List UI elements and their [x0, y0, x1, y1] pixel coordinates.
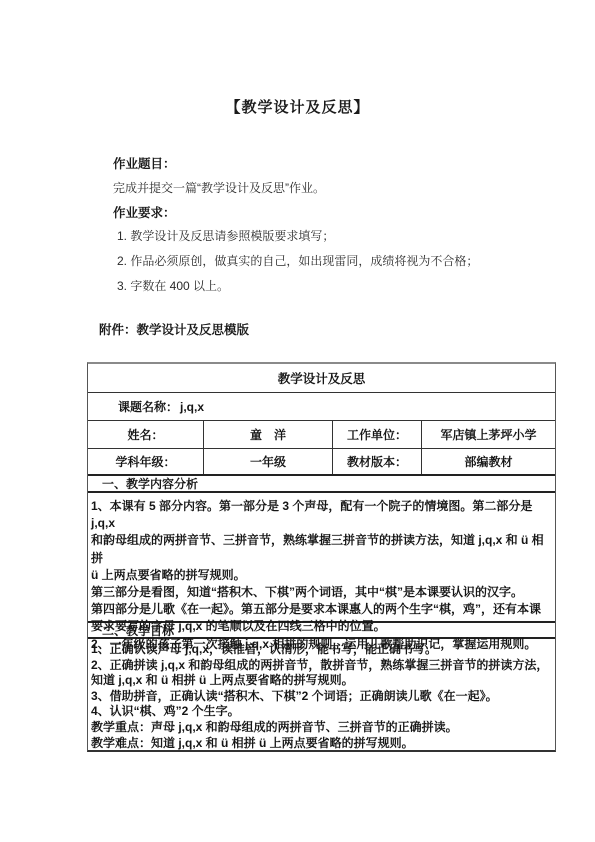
course-name-row: 课题名称：j,q,x — [88, 393, 555, 421]
course-name-label: 课题名称： — [118, 398, 178, 415]
name-value: 童 洋 — [203, 421, 332, 448]
textbook-value: 部编教材 — [421, 449, 555, 474]
requirement-item: 3. 字数在 400 以上。 — [117, 277, 229, 294]
name-label: 姓名： — [88, 421, 203, 448]
content-line: 3、借助拼音，正确认读“搭积木、下棋”2 个词语；正确朗读儿歌《在一起》。 — [91, 689, 553, 705]
assignment-topic-label: 作业题目： — [113, 154, 176, 172]
content-line: 教学重点：声母 j,q,x 和韵母组成的两拼音节、三拼音节的正确拼读。 — [91, 720, 553, 736]
attachment-label: 附件：教学设计及反思模版 — [99, 320, 249, 338]
grade-label: 学科年级： — [88, 449, 203, 474]
content-line: 知道 j,q,x 和 ü 相拼 ü 上两点要省略的拼写规则。 — [91, 673, 553, 689]
content-line: ü 上两点要省略的拼写规则。 — [91, 567, 553, 584]
teaching-design-table: 教学设计及反思 课题名称：j,q,x 姓名： 童 洋 工作单位： 军店镇上茅坪小… — [87, 362, 556, 752]
content-line: 1、本课有 5 部分内容。第一部分是 3 个声母，配有一个院子的情境图。第二部分… — [91, 498, 553, 532]
doc-title: 【教学设计及反思】 — [0, 96, 595, 117]
content-line: 2、正确拼读 j,q,x 和韵母组成的两拼音节，散拼音节，熟练掌握三拼音节的拼读… — [91, 658, 553, 674]
section2-content: 1、正确认读声母 j,q,x，读准音，认清形，能书写，能正确书写。 2、正确拼读… — [88, 639, 555, 750]
content-line: 和韵母组成的两拼音节、三拼音节，熟练掌握三拼音节的拼读方法，知道 j,q,x 和… — [91, 532, 553, 566]
content-line: 教学难点：知道 j,q,x 和 ü 相拼 ü 上两点要省略的拼写规则。 — [91, 736, 553, 752]
document-page: 【教学设计及反思】 作业题目： 完成并提交一篇“教学设计及反思”作业。 作业要求… — [0, 0, 595, 842]
workplace-label: 工作单位： — [332, 421, 421, 448]
course-name-value: j,q,x — [180, 400, 204, 414]
assignment-requirements-label: 作业要求： — [113, 203, 176, 221]
name-row: 姓名： 童 洋 工作单位： 军店镇上茅坪小学 — [88, 421, 555, 449]
textbook-label: 教材版本： — [332, 449, 421, 474]
requirement-item: 2. 作品必须原创，做真实的自己，如出现雷同，成绩将视为不合格； — [117, 252, 478, 269]
section1-content: 1、本课有 5 部分内容。第一部分是 3 个声母，配有一个院子的情境图。第二部分… — [88, 493, 555, 621]
content-line: 第四部分是儿歌《在一起》。第五部分是要求本课惠人的两个生字“棋，鸡”，还有本课 — [91, 601, 553, 618]
content-line: 第三部分是看图，知道“搭积木、下棋”两个词语，其中“棋”是本课要认识的汉字。 — [91, 584, 553, 601]
table-title: 教学设计及反思 — [88, 364, 555, 393]
workplace-value: 军店镇上茅坪小学 — [421, 421, 555, 448]
grade-value: 一年级 — [203, 449, 332, 474]
assignment-topic-text: 完成并提交一篇“教学设计及反思”作业。 — [113, 179, 325, 196]
section1-title: 一、教学内容分析 — [88, 476, 555, 493]
content-line: 4、认识“棋、鸡”2 个生字。 — [91, 704, 553, 720]
requirement-item: 1. 教学设计及反思请参照模版要求填写； — [117, 227, 334, 244]
grade-row: 学科年级： 一年级 教材版本： 部编教材 — [88, 449, 555, 476]
